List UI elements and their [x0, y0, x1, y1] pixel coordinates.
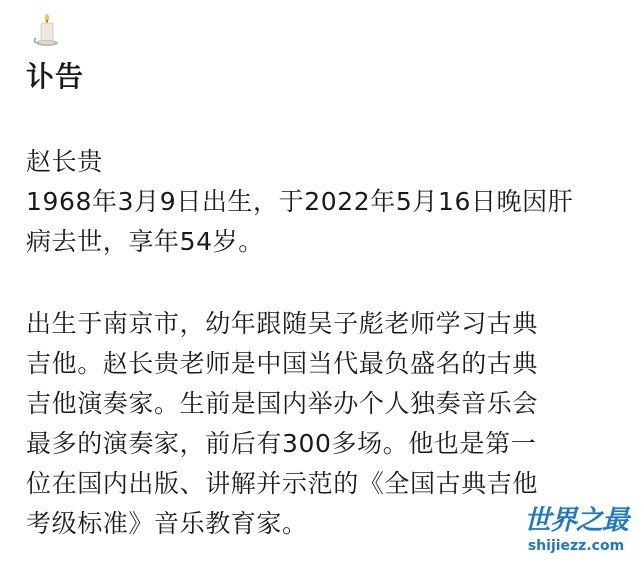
- candle-icon: [33, 14, 59, 48]
- page-title: 讣告: [26, 58, 84, 96]
- text-line: 最多的演奏家，前后有300多场。他也是第一: [26, 424, 538, 464]
- text-line: 考级标准》音乐教育家。: [26, 504, 538, 544]
- text-line: 位在国内出版、讲解并示范的《全国古典吉他: [26, 464, 538, 504]
- paragraph-bio: 出生于南京市，幼年跟随吴子彪老师学习古典 吉他。赵长贵老师是中国当代最负盛名的古…: [26, 304, 538, 544]
- text-line: 吉他演奏家。生前是国内举办个人独奏音乐会: [26, 384, 538, 424]
- watermark-logo: 世界之最 shijiezz.com: [512, 505, 640, 555]
- text-line: 吉他。赵长贵老师是中国当代最负盛名的古典: [26, 344, 538, 384]
- watermark-url: shijiezz.com: [512, 537, 640, 555]
- deceased-name: 赵长贵: [26, 142, 103, 182]
- text-line: 出生于南京市，幼年跟随吴子彪老师学习古典: [26, 304, 538, 344]
- paragraph-dates: 1968年3月9日出生，于2022年5月16日晚因肝 病去世，享年54岁。: [26, 182, 573, 262]
- text-line: 1968年3月9日出生，于2022年5月16日晚因肝: [26, 182, 573, 222]
- name-text: 赵长贵: [26, 142, 103, 182]
- text-line: 病去世，享年54岁。: [26, 222, 573, 262]
- watermark-cn: 世界之最: [512, 505, 640, 537]
